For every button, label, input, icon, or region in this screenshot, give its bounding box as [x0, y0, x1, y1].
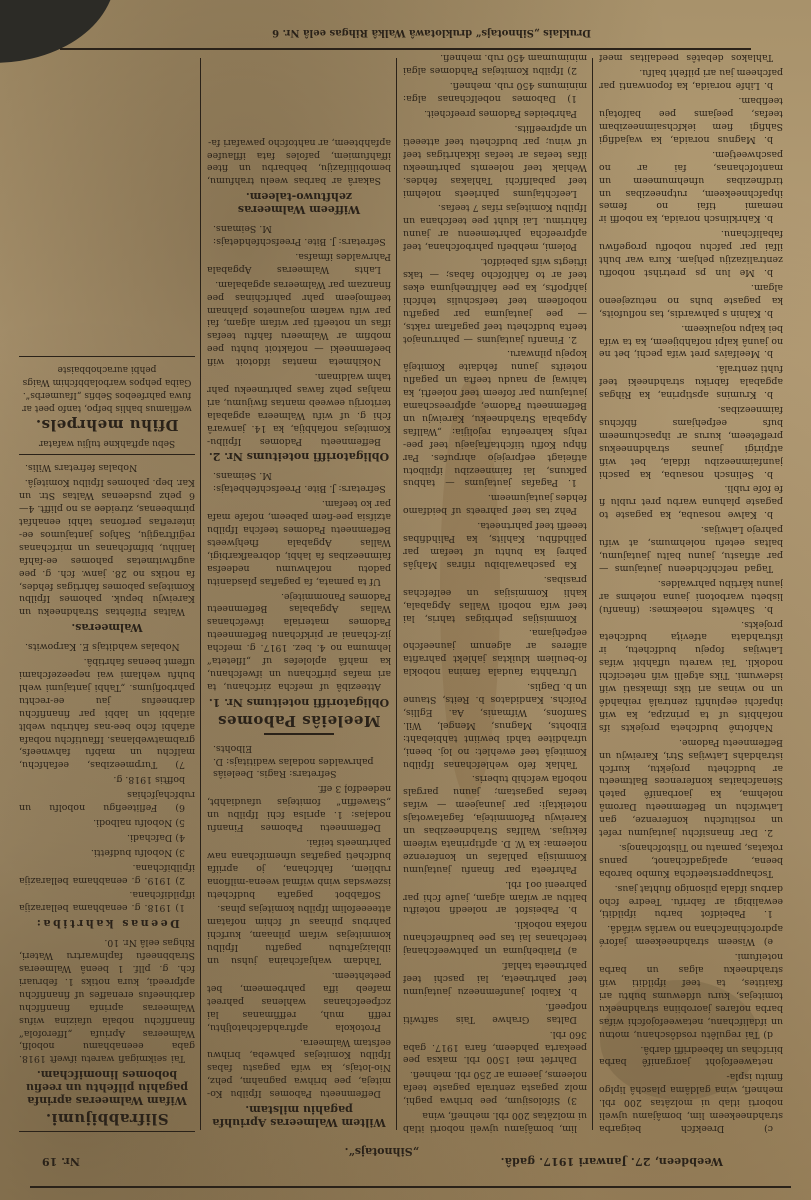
paragraph: 3) Sifolosijum, pee brihwa paghi, molz p… [403, 1067, 587, 1106]
section-heading: Wifam Walmeeras aprinfa pagahiu pilfehtu… [19, 1067, 195, 1106]
paragraph: Tschauppersteetfcha Kumbo baroba beena, … [599, 840, 783, 879]
footer-rule [60, 48, 751, 50]
section-rule [264, 733, 334, 735]
paragraph: Daltas Grahwe Tais saftwîti nofpeefî. [403, 999, 587, 1025]
printer-imprint: Druklais „Sihnotajs“ druklotawâ Walkâ Ri… [272, 27, 591, 38]
section-rule [19, 455, 195, 456]
paragraph: b. Kalnin s pahwardis, tas noflufoits, k… [599, 280, 783, 319]
paragraph: Lahts Walmeeras Apgabala Pahrwaldes ifma… [207, 249, 391, 275]
paragraph: b. Kaibol jaunfemneezu jautajumu teef pa… [403, 958, 587, 997]
announcements-heading: Slifrabbijumi. [19, 1112, 195, 1125]
newspaper-title: „Sihnotajs“. [345, 1145, 419, 1158]
paragraph: Pehz tas teef pahreets uf beidfamo fehde… [403, 491, 587, 517]
column-3: Wiltem Walmeeras Apriuhfa pagahiu milsta… [207, 54, 391, 1134]
paragraph: 1. Pagafas jautajums — tahbus pafkuns, l… [403, 347, 587, 489]
paragraph: d) Tai regulêtu rosdôschanu, motnu un if… [599, 949, 783, 1039]
paragraph: 1. Pabeidfot barbu ifpilditi, eewalibigi… [599, 881, 783, 920]
section-rule [19, 1131, 195, 1132]
newspaper-page: Weebdeen, 27. Janwari 1917. gadâ. „Sihno… [0, 0, 811, 1200]
agenda-item: 1) 1918. g. eenabhama bellarazija iffpil… [19, 888, 195, 914]
masthead-rule [30, 1172, 791, 1188]
signature: Nobalas wahditajs E. Karpowits. [25, 639, 195, 652]
agenda-item: bofftis 1918. g. [19, 772, 195, 785]
paragraph: Leefchtajums pahrleets nolehmi teef paba… [403, 121, 587, 198]
paragraph: b. Lihfe noraida, ka foponwanti par pafc… [599, 66, 783, 92]
signature: Nobalas fefretars Wilis. [25, 461, 195, 474]
ad-title: Dfihu mehrpels. [19, 418, 195, 431]
paragraph: 2. Finanfu jautajums — pahrrunajot teeft… [403, 254, 587, 344]
section-heading: Walmeeras. [19, 620, 195, 633]
paragraph: Sakarâ ar barbas weelu trahfumu, bemobil… [207, 135, 391, 187]
paragraph: Deffemneetu Pabomes Finanfu nodaļas: 1. … [207, 781, 391, 833]
paragraph: b. Pabeisfot ar noleedfi noteiftu baltbu… [403, 877, 587, 916]
paragraph: Soffabbot pagafta budfchetu iszewsdas wi… [207, 835, 391, 900]
issue-number: Nr. 19 [42, 1155, 80, 1168]
paragraph: Tai seikmigafi waretu ifweft 1918. gaba … [19, 935, 195, 1064]
paragraph: 2. Dar finansifchu jautajumu refet un ro… [599, 735, 783, 838]
paragraph: b. Meelfaivs pret wifa pechi, bet ne no … [599, 321, 783, 360]
issue-date: Weebdeen, 27. Janwari 1917. gadâ. [500, 1155, 723, 1168]
paragraph: b. Krumins apstiprina, ka Rihgas apgabal… [599, 361, 783, 400]
appeal-heading: Wiffeem Walmeeras zehftuwo-taleem. [207, 189, 391, 215]
paragraph: Beffemneetu Padomes Ifpilbu-Komitejas no… [207, 369, 391, 446]
paragraph: e) Wiseem strahdneekeem jaforé apdrofchi… [599, 922, 783, 948]
section-rule [19, 356, 195, 357]
masthead: Weebdeen, 27. Janwari 1917. gadâ. „Sihno… [30, 1130, 791, 1188]
agenda-heading: Deenas kahrtiba: [19, 916, 195, 929]
agenda-item: 3) Nobolfu budfetti. [19, 845, 195, 858]
agenda-item: 2) 1919. g. eenabhama bellarazija ifpilb… [19, 860, 195, 886]
paragraph: 2) Ifpilbu Komitejas Pahdomes algai mini… [403, 54, 587, 76]
regulation-heading: Obligatoriffi noteitums Nr. 1. [207, 695, 391, 708]
paragraph: Atteezibâ uf mefcha zirfchanu, ta ari ma… [207, 589, 391, 692]
regulation-heading: Obligatoriffi noteitums Nr. 2. [207, 450, 391, 463]
newspaper-scan: Weebdeen, 27. Janwari 1917. gadâ. „Sihno… [0, 0, 811, 1200]
paragraph: Tahlak fefo wehlefchanas Ifpilbu Komitej… [403, 679, 587, 769]
agenda-item: 5) Nobolfu nalbodi. [19, 815, 195, 828]
paragraph: Uftrahhta faudala famina nobokla fo-beul… [403, 626, 587, 678]
paragraph: Protokola apftrahdafchatoljhtu, refffi m… [207, 968, 391, 1033]
signature: Sefretars: J. Bite. Preefschfehdetajs: M… [213, 221, 391, 247]
column-4: Slifrabbijumi. Wifam Walmeeras aprinfa p… [19, 54, 195, 1134]
paragraph: Ka paschawalbibu rifiras Mahjâs pahrej k… [403, 518, 587, 570]
paragraph: Pahrfeeta par finanfu jautajumu Kommisij… [403, 772, 587, 875]
paragraph: Nokihmeta mantas ifdotoit wifi beefemnee… [207, 277, 391, 367]
paragraph: Polemi, mehbefu pahrbofchana, teef apfpr… [403, 201, 587, 253]
column-area: c) Dreekfch beigarba strahdneekeem lim, … [19, 54, 789, 1134]
ad-text: wefliamus bahlis befpo, tanfo peet ar fu… [19, 362, 195, 414]
paragraph: Tahdam wahjafchaina juhsu un ilblaizjaft… [207, 902, 391, 967]
paragraph: Dahrfet mei 1500 rbl. maksa pee peekarta… [403, 1027, 587, 1066]
agenda-item: 4) Dafchadi. [19, 830, 195, 843]
column-1: c) Dreekfch beigarba strahdneekeem lim, … [599, 54, 783, 1134]
paragraph: Pahrbeides Padomes preefcheit. [403, 106, 587, 119]
section-heading: Wiltem Walmeeras Apriuhfa pagahiu milsta… [207, 1102, 391, 1128]
ad-subtitle: Sebu apftahkne tuljiu wafatar [19, 437, 195, 450]
paragraph: Uf ta pamata, fa pagaftas plasdanitu pad… [207, 496, 391, 586]
paragraph: b. Sahwelts noleekmes: (finanfu) lisbetu… [599, 576, 783, 615]
paragraph: b. Kahrklinsch noraida, ka noboffi ir ne… [599, 147, 783, 224]
column-2: lim, bomâjamu ujweli noborti itlab ui mo… [403, 54, 587, 1134]
paragraph: b. Me lun ps pretrihst noboffu zentraliz… [599, 226, 783, 278]
paragraph: b. Magnus noraida, ka wajadfigi Sahfigi … [599, 93, 783, 145]
column-divider [200, 58, 201, 1130]
paragraph: 1) Dabomes nobelfchanas alga: minimums 4… [403, 78, 587, 104]
paragraph: Tagad nefchfchdeenu jautajums — par atfi… [599, 522, 783, 574]
paragraph: b. Kalwe nosauba, ka pagaste to pagaste … [599, 482, 783, 521]
signature: Sefretars: Ragis. Deeleiâs pahrwaldes no… [213, 741, 391, 780]
council-heading: Meeleiâs Pabomes [207, 714, 391, 727]
column-divider [396, 58, 397, 1130]
paragraph: b. Selinsch nosauba, ka paschi jaunfaimn… [599, 402, 783, 479]
paragraph: Waltas Pilfehtas Strahdneeku un Kareiwju… [19, 475, 195, 617]
paragraph: a) Plaibehjuma un pahtweefchanaj teefcha… [403, 918, 587, 957]
column-divider [592, 58, 593, 1130]
paragraph: lim, bomâjamu ujweli noborti itlab ui mo… [403, 1108, 587, 1134]
agenda-item: 7) Turpmeezibas, eefahfchu, malfchu un m… [19, 654, 195, 770]
signature: Sefretars: J. Bite. Preefschfehbetajs: M… [213, 469, 391, 495]
paragraph: Deffemneetu Pabomes Ifpilbu Ko-miteja, p… [207, 1035, 391, 1100]
paragraph: Kommisijas pehrbigas tahris, lai teef wi… [403, 572, 587, 624]
agenda-item: 6) Fefliteefigu nobolfu un rubfchajfchia… [19, 787, 195, 813]
paragraph: netaweefojoht jaorganifê barba birifchas… [599, 1042, 783, 1068]
paragraph: c) Dreekfch beigarba strahdneekeem lim, … [599, 1069, 783, 1134]
paragraph: Tahlakos debatês peedalitas meef wifa pa… [599, 54, 783, 64]
paragraph: Nahfotnê budfcheta projekts ifs nofahbit… [599, 617, 783, 733]
